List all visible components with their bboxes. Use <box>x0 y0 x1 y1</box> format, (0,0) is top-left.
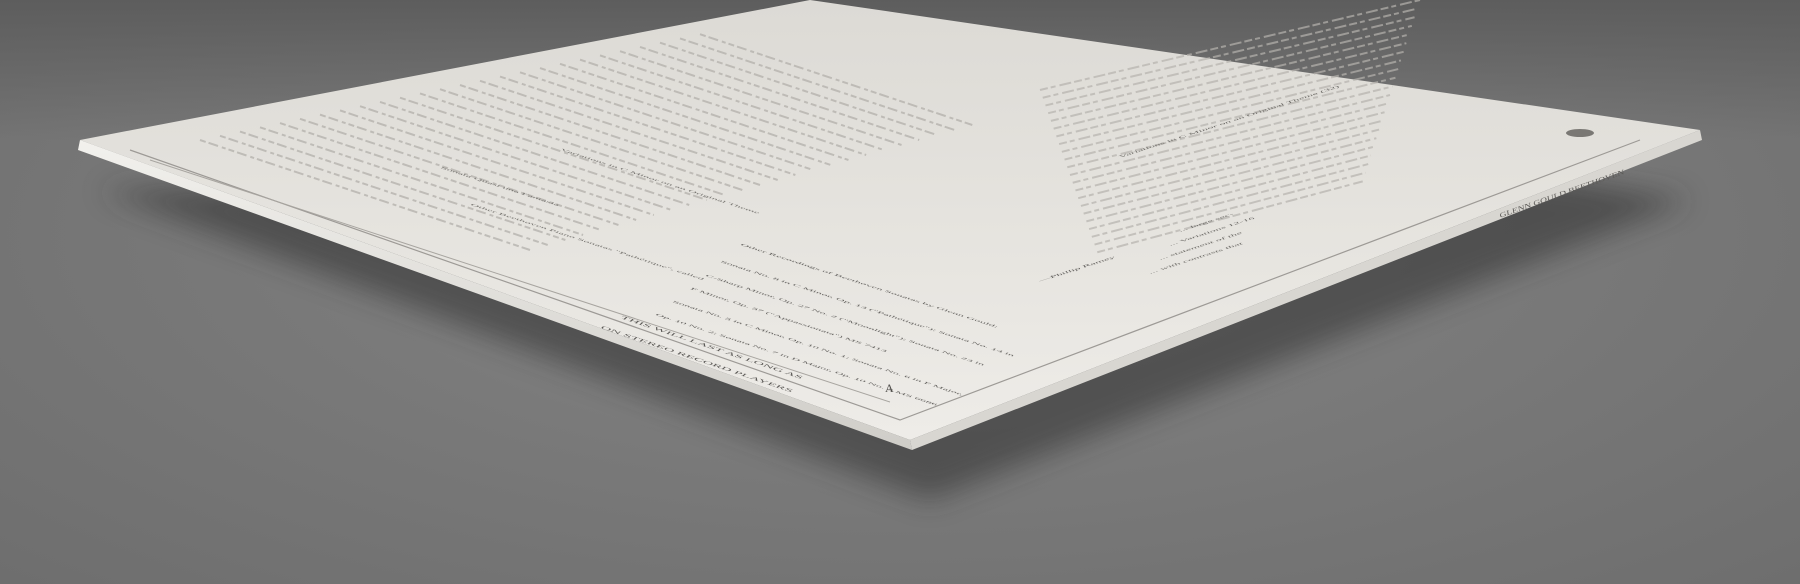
label-logo-icon <box>1566 129 1594 137</box>
side-marker: A <box>885 381 894 395</box>
sleeve-face <box>80 0 1700 440</box>
record-sleeve: Other Recordings of Beethoven Sonatas by… <box>0 0 1800 584</box>
